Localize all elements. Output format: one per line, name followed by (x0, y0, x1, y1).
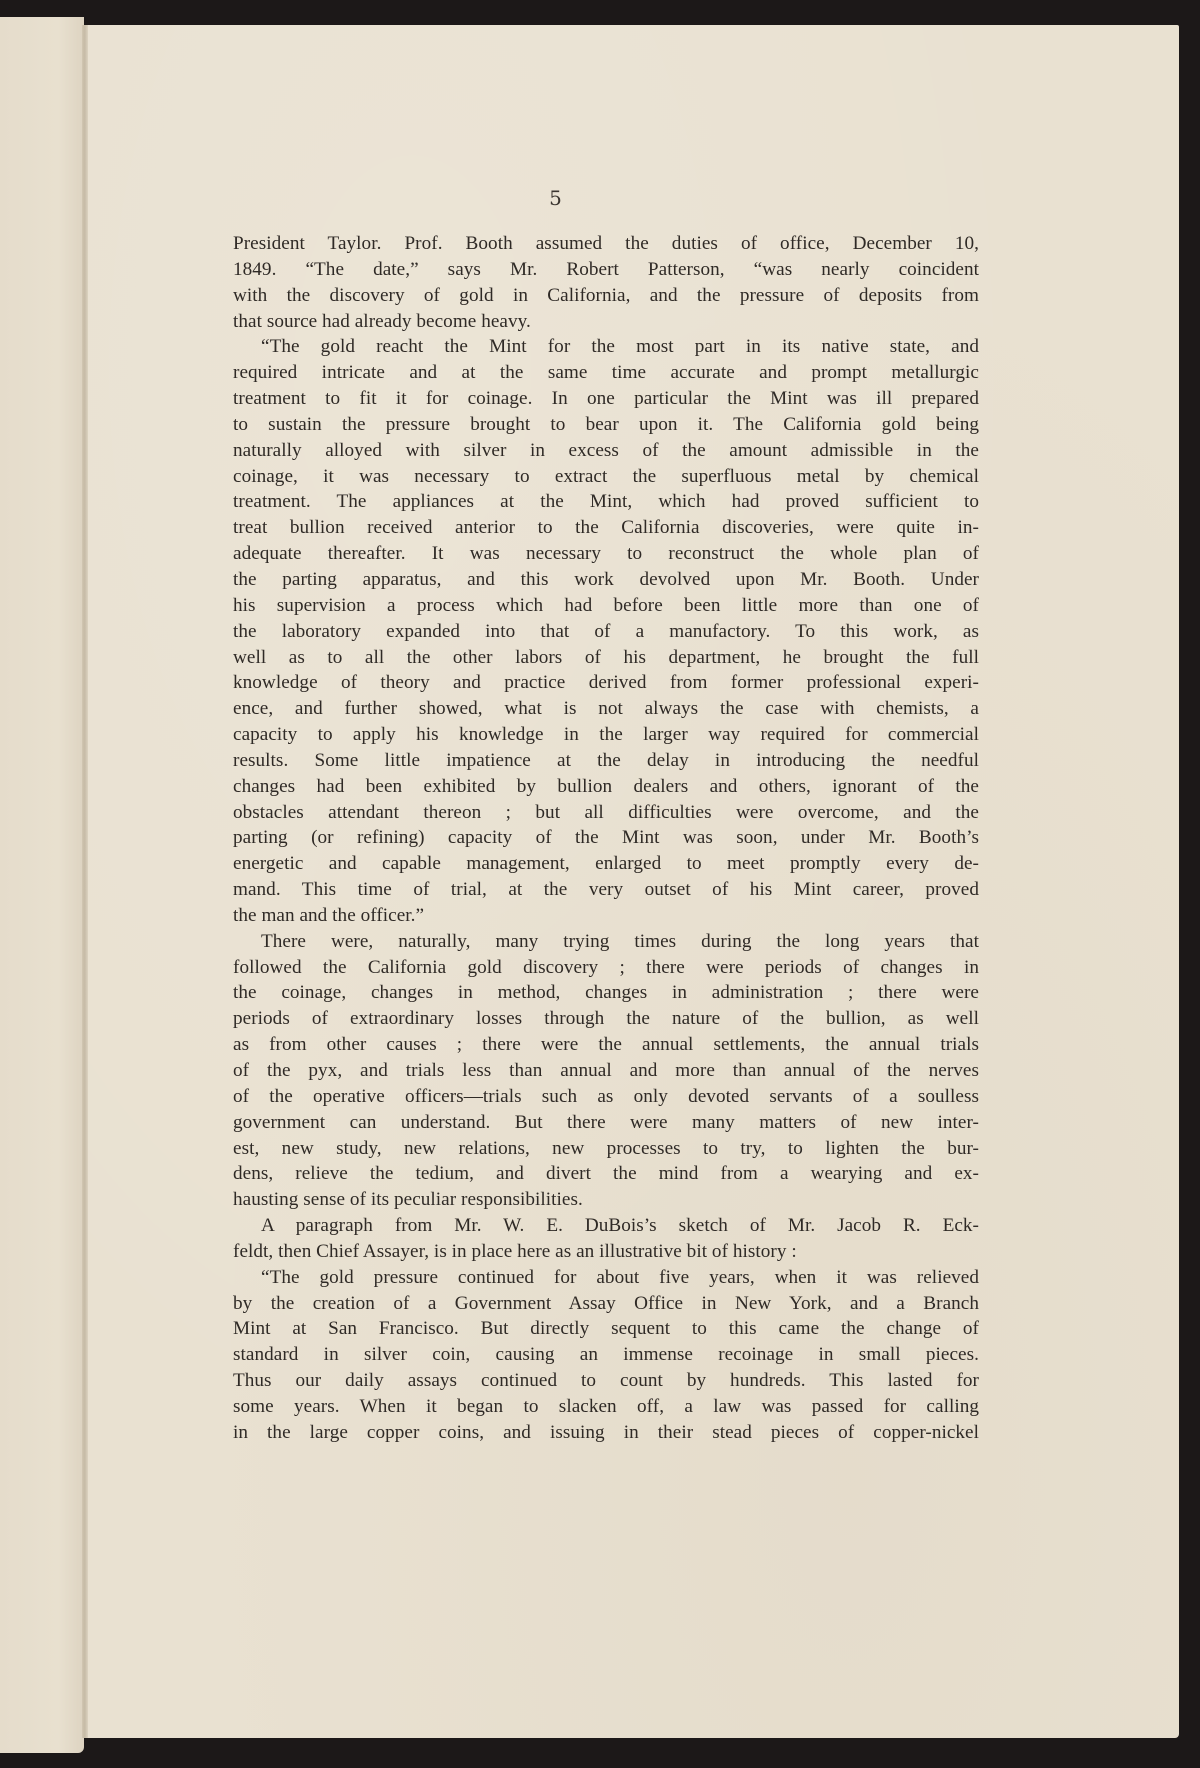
text-line: ence, and further showed, what is not al… (233, 696, 979, 722)
text-line: treatment. The appliances at the Mint, w… (233, 489, 979, 515)
text-line: parting (or refining) capacity of the Mi… (233, 825, 979, 851)
text-line: obstacles attendant thereon ; but all di… (233, 800, 979, 826)
text-line: naturally alloyed with silver in excess … (233, 438, 979, 464)
text-line: adequate thereafter. It was necessary to… (233, 541, 979, 567)
text-line: mand. This time of trial, at the very ou… (233, 877, 979, 903)
text-line: hausting sense of its peculiar responsib… (233, 1187, 979, 1213)
text-line: There were, naturally, many trying times… (233, 929, 979, 955)
text-line: the parting apparatus, and this work dev… (233, 567, 979, 593)
text-line: treatment to fit it for coinage. In one … (233, 386, 979, 412)
text-line: the man and the officer.” (233, 903, 979, 929)
text-line: changes had been exhibited by bullion de… (233, 774, 979, 800)
text-line: feldt, then Chief Assayer, is in place h… (233, 1239, 979, 1265)
text-line: to sustain the pressure brought to bear … (233, 412, 979, 438)
text-line: Thus our daily assays continued to count… (233, 1368, 979, 1394)
binding-gutter (82, 25, 88, 1738)
text-line: “The gold pressure continued for about f… (233, 1265, 979, 1291)
text-line: periods of extraordinary losses through … (233, 1006, 979, 1032)
page-number: 5 (0, 186, 1111, 210)
scanned-book-spread: 5 President Taylor. Prof. Booth assumed … (0, 0, 1200, 1768)
body-text: President Taylor. Prof. Booth assumed th… (233, 231, 979, 1446)
text-line: results. Some little impatience at the d… (233, 748, 979, 774)
text-line: of the pyx, and trials less than annual … (233, 1058, 979, 1084)
text-line: the laboratory expanded into that of a m… (233, 619, 979, 645)
text-line: required intricate and at the same time … (233, 360, 979, 386)
text-line: his supervision a process which had befo… (233, 593, 979, 619)
text-line: by the creation of a Government Assay Of… (233, 1291, 979, 1317)
text-line: well as to all the other labors of his d… (233, 645, 979, 671)
text-line: energetic and capable management, enlarg… (233, 851, 979, 877)
text-line: standard in silver coin, causing an imme… (233, 1342, 979, 1368)
text-line: A paragraph from Mr. W. E. DuBois’s sket… (233, 1213, 979, 1239)
text-line: that source had already become heavy. (233, 309, 979, 335)
text-line: in the large copper coins, and issuing i… (233, 1420, 979, 1446)
text-line: est, new study, new relations, new proce… (233, 1136, 979, 1162)
text-line: knowledge of theory and practice derived… (233, 670, 979, 696)
text-line: coinage, it was necessary to extract the… (233, 464, 979, 490)
text-line: Mint at San Francisco. But directly sequ… (233, 1316, 979, 1342)
text-line: government can understand. But there wer… (233, 1110, 979, 1136)
text-line: with the discovery of gold in California… (233, 283, 979, 309)
text-line: followed the California gold discovery ;… (233, 955, 979, 981)
text-line: President Taylor. Prof. Booth assumed th… (233, 231, 979, 257)
previous-page-edge (0, 17, 84, 1753)
text-line: some years. When it began to slacken off… (233, 1394, 979, 1420)
text-line: “The gold reacht the Mint for the most p… (233, 334, 979, 360)
text-line: dens, relieve the tedium, and divert the… (233, 1161, 979, 1187)
text-line: the coinage, changes in method, changes … (233, 980, 979, 1006)
text-line: 1849. “The date,” says Mr. Robert Patter… (233, 257, 979, 283)
text-line: as from other causes ; there were the an… (233, 1032, 979, 1058)
text-line: treat bullion received anterior to the C… (233, 515, 979, 541)
text-line: of the operative officers—trials such as… (233, 1084, 979, 1110)
text-line: capacity to apply his knowledge in the l… (233, 722, 979, 748)
